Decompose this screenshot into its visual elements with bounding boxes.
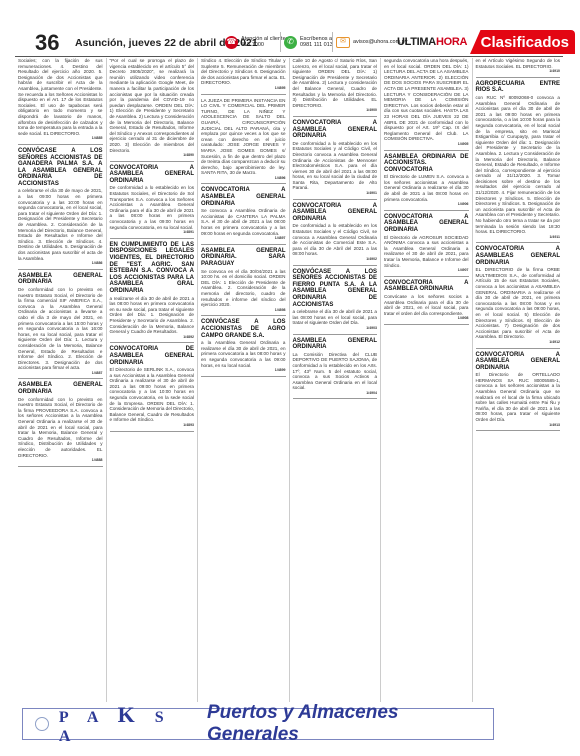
notice-reference: 1/4910 [476,69,561,75]
notice-body: "Por el cual se prorroga el plazo de vig… [110,58,195,153]
notice: AGROPECUARIA ENTRE RIOS S.A.con RUC Nº 8… [476,81,561,244]
notice: En cumplimiento de las disposiciones leg… [110,242,195,344]
notice-title: ASAMBLEA GENERAL ORDINARIA [18,273,103,286]
column-4: Calle 10 de Agosto c/ Saturio Ríos, San … [290,58,382,702]
notice-title: CONVOCATORIA A ASAMBLEA GENERAL ORDINARI… [384,214,469,234]
notice-reference: 1/4885 [18,136,103,142]
page-number: 36 [35,30,59,56]
notice-reference: 1/4895 [201,86,286,92]
notice-reference: 1/4897 [201,236,286,242]
notice-title: CONVOCATORIA A ASAMBLEA GENERAL ORDINARI… [476,352,561,372]
notice-reference: 1/4891 [110,230,195,236]
notice: ASAMBLEA GENERAL ORDINARIADe conformidad… [18,382,103,466]
notice-reference: 1/4888 [18,458,103,464]
notice: Convócase a los señores Accionistas de G… [18,148,103,270]
notice-body: LA JUEZA DE PRIMERA INSTANCIA EN LO CIVI… [201,98,286,176]
contact-value: 0981 111 013 [300,42,333,48]
notice-reference: 1/4900 [293,108,378,114]
notice-reference: 1/4913 [476,423,561,429]
notice-reference: 1/4911 [476,235,561,241]
notice-title: CONVOCATORIA A ASAMBLEA GENERAL ORDINARI… [201,187,286,207]
notice-reference: 1/4890 [110,153,195,159]
column-6: en el Artículo Vigésimo Segundo de los E… [473,58,564,702]
notice: Sociales; con la fijación de sus remuner… [18,58,103,145]
notice-body: a la Asamblea General Ordinaria a realiz… [201,340,286,368]
notice-reference: 1/4902 [293,257,378,263]
notice: CONVOCATORIA A ASAMBLEA GENERAL ORDINARI… [110,165,195,239]
notice-body: segunda convocatoria una hora después, e… [384,58,469,142]
notice-body: Síndico 4. Elección de Síndico Titular y… [201,58,286,86]
notice-body: El Directorio de AGROSUR SOCIEDAD ANÓNIM… [384,235,469,269]
section-title: Clasificados [470,30,575,54]
notice: ASAMBLEA ORDINARIA DE ACCIONISTAS. CONVO… [384,154,469,211]
notice-body: a celebrarse el día 30 de abril de 2021 … [293,309,378,326]
notice: CONVOCATORIA A ASAMBLEA ORDINARIAConvóca… [384,280,469,325]
notice: Convócase a los accionistas de AGRO CAMP… [201,319,286,376]
header-divider [15,56,563,57]
classifieds-columns: Sociales; con la fijación de sus remuner… [15,58,563,702]
notice-body: Se convoca en el día 30/04/2021 a las 10… [201,269,286,308]
whatsapp-contact: ✆ Escríbenos al0981 111 013 [280,32,333,52]
notice-body: a celebrarse el día 30 de mayo de 2021, … [18,188,103,261]
notice-reference: 1/4899 [201,368,286,374]
notice-body: De conformidad con lo previsto en nuestr… [18,287,103,371]
notice-title: ASAMBLEA GENERAL ORDINARIA. SARA PARAGUA… [201,248,286,268]
notice: CONVOCATORIA A ASAMBLEA GENERAL ORDINARI… [384,214,469,277]
notice: CONVOCATORIA DE ASAMBLEA GENERAL ORDINAR… [110,346,195,431]
whatsapp-icon: ✆ [284,36,297,49]
notice: Síndico 4. Elección de Síndico Titular y… [201,58,286,95]
paksa-seal-icon [35,717,49,731]
notice-title: Convocatoria a Asambleas General Ordinar… [476,246,561,266]
notice-title: CONVOCATORIA DE ASAMBLEA GENERAL ORDINAR… [110,346,195,366]
notice-reference: 1/4886 [18,261,103,267]
notice-reference: 1/4896 [201,176,286,182]
notice-body: Se convoca a Asamblea Ordinaria de Accio… [201,208,286,236]
notice-reference: 1/4887 [18,371,103,377]
paksa-tagline: Puertos y Almacenes Generales [207,702,493,746]
contact-value: 415 7000 [241,42,264,48]
notice-body: a realizarse el día 30 de abril de 2021 … [110,296,195,335]
paksa-ad-banner[interactable]: P A K S A Puertos y Almacenes Generales [22,708,494,740]
notice-title: ASAMBLEA ORDINARIA DE ACCIONISTAS. CONVO… [384,154,469,174]
notice-body: Convócase a los señores socios a Asamble… [384,294,469,316]
notice-reference: 1/4912 [476,340,561,346]
notice-title: Convócase a los señores Accionistas de G… [18,148,103,188]
notice-reference: 1/4906 [384,202,469,208]
notice: segunda convocatoria una hora después, e… [384,58,469,151]
notice-body: Calle 10 de Agosto c/ Saturio Ríos, San … [293,58,378,108]
column-5: segunda convocatoria una hora después, e… [381,58,473,702]
notice-reference: 1/4904 [293,391,378,397]
notice-reference: 1/4901 [293,191,378,197]
notice-reference: 1/4893 [110,423,195,429]
paksa-logo: P A K S A [59,702,201,746]
notice-body: El Directorio de SERLINK S.A., convoca a… [110,367,195,423]
notice-body: De conformidad a lo establecido en los E… [293,141,378,191]
notice-title: CONVOCATORIA A ASAMBLEA GENERAL ORDINARI… [293,203,378,223]
notice: ASAMBLEA GENERAL ORDINARIALa Comisión Di… [293,338,378,400]
notice-body: El Directorio de ORTELLADO HERMANOS SA R… [476,372,561,422]
notice-title: Convócase a los accionistas de AGRO CAMP… [201,319,286,339]
notice: en el Artículo Vigésimo Segundo de los E… [476,58,561,78]
column-2: "Por el cual se prorroga el plazo de vig… [107,58,199,702]
notice: CONVOCATORIA A ASAMBLEA GENERAL ORDINARI… [293,203,378,266]
notice-reference: 1/4908 [384,316,469,322]
notice: CONVOCATORIA A ASAMBLEA GENERAL ORDINARI… [201,187,286,244]
column-1: Sociales; con la fijación de sus remuner… [15,58,107,702]
notice: CONVOCATORIA A ASAMBLEA GENERAL ORDINARI… [293,120,378,200]
notice-body: con RUC Nº 80092068-0 convoca a Asamblea… [476,95,561,235]
notice-title: CONVOCATORIA A ASAMBLEA ORDINARIA [384,280,469,293]
notice: ASAMBLEA GENERAL ORDINARIADe conformidad… [18,273,103,380]
notice-body: De conformidad a lo establecido en los E… [293,223,378,257]
notice-body: De conformidad a lo establecido en los E… [110,185,195,230]
envelope-icon: ✉ [336,37,350,48]
notice-body: Sociales; con la fijación de sus remuner… [18,58,103,136]
notice-body: De conformidad con lo previsto en nuestr… [18,397,103,459]
notice-reference: 1/4898 [201,308,286,314]
notice: "Por el cual se prorroga el plazo de vig… [110,58,195,162]
notice: Convócase a los señores Accionistas de F… [293,269,378,335]
notice-title: ASAMBLEA GENERAL ORDINARIA [293,338,378,351]
notice-title: ASAMBLEA GENERAL ORDINARIA [18,382,103,395]
notice-body: La Comisión Directiva del CLUB DEPORTIVO… [293,352,378,391]
notice-title: CONVOCATORIA A ASAMBLEA GENERAL ORDINARI… [293,120,378,140]
notice-reference: 1/4892 [110,335,195,341]
notice-body: en el Artículo Vigésimo Segundo de los E… [476,58,561,69]
notice-reference: 1/4905 [384,142,469,148]
ultimahora-logo: ULTIMAHORA [397,36,467,48]
notice: CONVOCATORIA A ASAMBLEA GENERAL ORDINARI… [476,352,561,432]
customer-service-contact: ☎ Atención al cliente:415 7000 [225,32,287,52]
notice-title: CONVOCATORIA A ASAMBLEA GENERAL ORDINARI… [110,165,195,185]
column-3: Síndico 4. Elección de Síndico Titular y… [198,58,290,702]
logo-red-part: HORA [436,36,467,48]
notice-title: En cumplimiento de las disposiciones leg… [110,242,195,295]
notice-reference: 1/4903 [293,326,378,332]
notice-body: El Directorio de LUMEN S.A. convoca a lo… [384,174,469,202]
logo-black-part: ULTIMA [397,36,436,48]
notice: Convocatoria a Asambleas General Ordinar… [476,246,561,348]
notice-title: Convócase a los señores Accionistas de F… [293,269,378,309]
notice-body: EL DIRECTORIO de la firma ORBE MULTIMEDI… [476,267,561,340]
notice: LA JUEZA DE PRIMERA INSTANCIA EN LO CIVI… [201,98,286,185]
notice-reference: 1/4907 [384,268,469,274]
notice: Calle 10 de Agosto c/ Saturio Ríos, San … [293,58,378,117]
notice: ASAMBLEA GENERAL ORDINARIA. SARA PARAGUA… [201,248,286,317]
phone-icon: ☎ [225,36,238,49]
notice-title: AGROPECUARIA ENTRE RIOS S.A. [476,81,561,94]
page-header: 36 Asunción, jueves 22 de abril de 2021 … [15,30,563,54]
